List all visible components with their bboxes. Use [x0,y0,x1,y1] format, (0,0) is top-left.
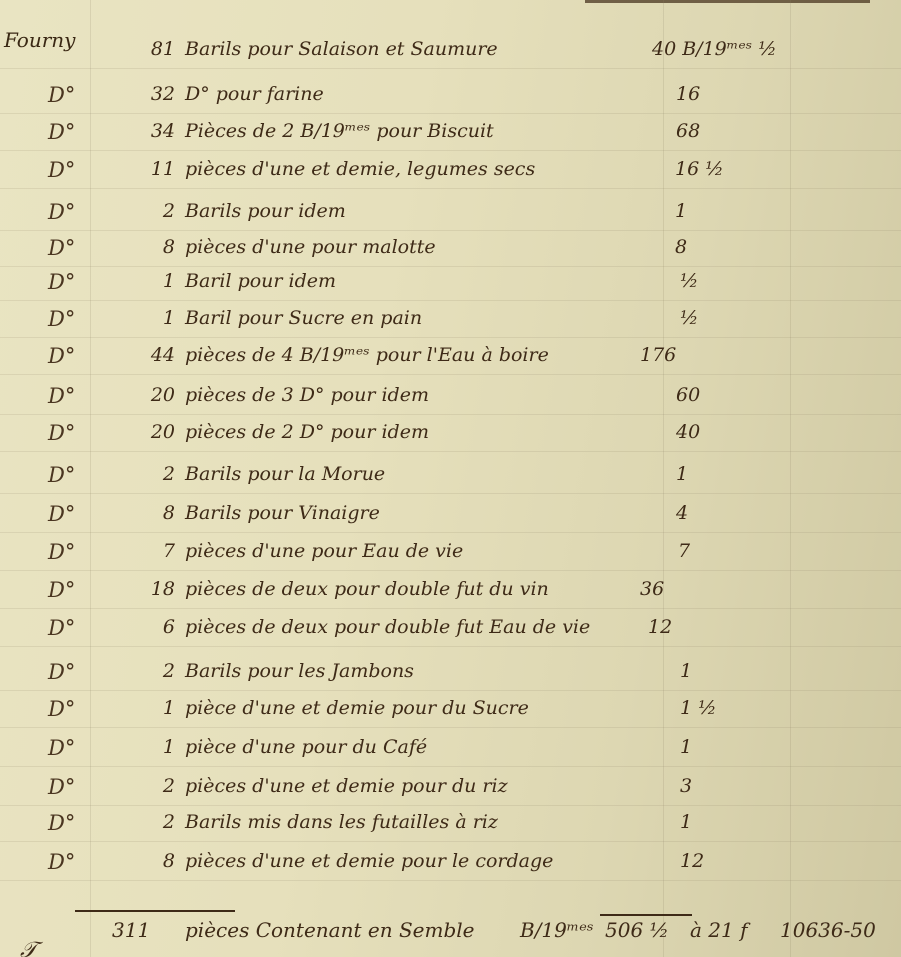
ledger-row: D°6pièces de deux pour double fut Eau de… [0,616,901,650]
item-qty: 2 [133,660,175,682]
ditto-mark: D° [48,384,75,408]
item-description: pièces de 4 B/19ᵐᵉˢ pour l'Eau à boire [185,344,549,366]
ditto-mark: D° [48,270,75,294]
ruled-line [0,266,901,267]
ditto-mark: D° [48,463,75,487]
item-qty: 2 [133,811,175,833]
item-amount: ½ [680,270,698,292]
item-qty: 18 [133,578,175,600]
ledger-row: D°1pièce d'une pour du Café1 [0,736,901,770]
item-amount: 4 [676,502,688,524]
item-amount: 1 [680,736,692,758]
item-qty: 7 [133,540,175,562]
item-amount: 1 [676,463,688,485]
item-description: Barils mis dans les futailles à riz [185,811,498,833]
item-description: pièces d'une et demie, legumes secs [185,158,535,180]
ledger-row: D°18pièces de deux pour double fut du vi… [0,578,901,612]
ruled-line [0,230,901,231]
item-qty: 34 [133,120,175,142]
ledger-row: D°7pièces d'une pour Eau de vie7 [0,540,901,574]
item-qty: 20 [133,421,175,443]
ruled-line [0,150,901,151]
item-amount: 1 [680,660,692,682]
ledger-row: 81Barils pour Salaison et Saumure40 B/19… [0,38,901,72]
item-amount: 40 B/19ᵐᵉˢ ½ [652,38,777,60]
item-description: pièces de 2 D° pour idem [185,421,429,443]
ditto-mark: D° [48,540,75,564]
ruled-line [0,727,901,728]
item-description: Barils pour la Morue [185,463,385,485]
ledger-row: D°2Barils mis dans les futailles à riz1 [0,811,901,845]
ledger-row: D°2pièces d'une et demie pour du riz3 [0,775,901,809]
ruled-line [0,608,901,609]
ledger-row: D°44pièces de 4 B/19ᵐᵉˢ pour l'Eau à boi… [0,344,901,378]
ditto-mark: D° [48,616,75,640]
ledger-row: D°2Barils pour la Morue1 [0,463,901,497]
item-description: pièces d'une pour Eau de vie [185,540,463,562]
ruled-line [0,68,901,69]
ledger-row: D°34Pièces de 2 B/19ᵐᵉˢ pour Biscuit68 [0,120,901,154]
total-rule-left [75,910,235,912]
item-qty: 1 [133,697,175,719]
ruled-line [0,414,901,415]
item-description: D° pour farine [185,83,324,105]
item-qty: 6 [133,616,175,638]
item-description: pièce d'une pour du Café [185,736,427,758]
item-description: Barils pour les Jambons [185,660,414,682]
item-description: Pièces de 2 B/19ᵐᵉˢ pour Biscuit [185,120,494,142]
ditto-mark: D° [48,660,75,684]
item-amount: 40 [676,421,700,443]
item-qty: 1 [133,736,175,758]
item-qty: 44 [133,344,175,366]
ruled-line [0,188,901,189]
item-description: pièces de deux pour double fut du vin [185,578,549,600]
total-qty: 311 [112,918,150,942]
item-description: pièce d'une et demie pour du Sucre [185,697,529,719]
item-amount: 36 [640,578,664,600]
item-qty: 2 [133,463,175,485]
item-qty: 2 [133,775,175,797]
item-description: Barils pour idem [185,200,346,222]
ditto-mark: D° [48,83,75,107]
total-description: pièces Contenant en Semble [185,918,474,942]
item-amount: 176 [640,344,676,366]
ledger-row: D°11pièces d'une et demie, legumes secs1… [0,158,901,192]
partial-next-line: 𝒯 [20,938,37,957]
ruled-line [0,841,901,842]
ruled-line [0,374,901,375]
ledger-row: D°8pièces d'une pour malotte8 [0,236,901,270]
item-qty: 20 [133,384,175,406]
ruled-line [0,570,901,571]
ledger-row: D°2Barils pour les Jambons1 [0,660,901,694]
item-qty: 81 [133,38,175,60]
ruled-line [0,532,901,533]
ditto-mark: D° [48,850,75,874]
total-unit: B/19ᵐᵉˢ [520,918,594,942]
ledger-row: D°1pièce d'une et demie pour du Sucre1 ½ [0,697,901,731]
item-qty: 2 [133,200,175,222]
ditto-mark: D° [48,502,75,526]
total-rule-right [600,914,692,916]
ditto-mark: D° [48,236,75,260]
item-amount: 3 [680,775,692,797]
item-description: pièces d'une et demie pour du riz [185,775,508,797]
ruled-line [0,451,901,452]
total-rate: à 21 f [690,918,748,942]
item-amount: 12 [680,850,704,872]
total-amount: 506 ½ [605,918,669,942]
item-amount: 68 [676,120,700,142]
item-amount: 1 [680,811,692,833]
item-amount: 7 [678,540,690,562]
item-qty: 11 [133,158,175,180]
item-qty: 1 [133,270,175,292]
item-amount: ½ [680,307,698,329]
ditto-mark: D° [48,158,75,182]
ruled-line [0,337,901,338]
item-description: pièces de 3 D° pour idem [185,384,429,406]
item-amount: 16 [676,83,700,105]
ruled-line [0,805,901,806]
item-description: pièces d'une pour malotte [185,236,436,258]
total-value: 10636-50 [780,918,876,942]
item-amount: 60 [676,384,700,406]
ledger-row: D°2Barils pour idem1 [0,200,901,234]
item-description: pièces de deux pour double fut Eau de vi… [185,616,590,638]
item-description: Baril pour Sucre en pain [185,307,422,329]
ditto-mark: D° [48,578,75,602]
ditto-mark: D° [48,811,75,835]
ledger-row: D°1Baril pour Sucre en pain½ [0,307,901,341]
ruled-line [0,493,901,494]
ditto-mark: D° [48,697,75,721]
item-description: Barils pour Salaison et Saumure [185,38,498,60]
ledger-row: D°20pièces de 3 D° pour idem60 [0,384,901,418]
item-amount: 1 ½ [680,697,717,719]
ditto-mark: D° [48,120,75,144]
ditto-mark: D° [48,736,75,760]
ditto-mark: D° [48,775,75,799]
item-qty: 8 [133,850,175,872]
ditto-mark: D° [48,200,75,224]
top-rule [585,0,870,3]
ruled-line [0,646,901,647]
ditto-mark: D° [48,344,75,368]
ledger-row: D°1Baril pour idem½ [0,270,901,304]
item-description: Barils pour Vinaigre [185,502,380,524]
ruled-line [0,113,901,114]
ruled-line [0,766,901,767]
item-qty: 8 [133,502,175,524]
ruled-line [0,690,901,691]
ruled-line [0,880,901,881]
item-qty: 1 [133,307,175,329]
item-amount: 12 [648,616,672,638]
item-description: pièces d'une et demie pour le cordage [185,850,553,872]
item-qty: 8 [133,236,175,258]
item-amount: 1 [675,200,687,222]
ledger-row: D°20pièces de 2 D° pour idem40 [0,421,901,455]
item-amount: 8 [675,236,687,258]
ditto-mark: D° [48,307,75,331]
ledger-row: D°32D° pour farine16 [0,83,901,117]
ledger-page: Fourny 81Barils pour Salaison et Saumure… [0,0,901,957]
ledger-row: D°8Barils pour Vinaigre4 [0,502,901,536]
item-description: Baril pour idem [185,270,336,292]
ditto-mark: D° [48,421,75,445]
item-qty: 32 [133,83,175,105]
ledger-row: D°8pièces d'une et demie pour le cordage… [0,850,901,884]
item-amount: 16 ½ [675,158,724,180]
ruled-line [0,300,901,301]
